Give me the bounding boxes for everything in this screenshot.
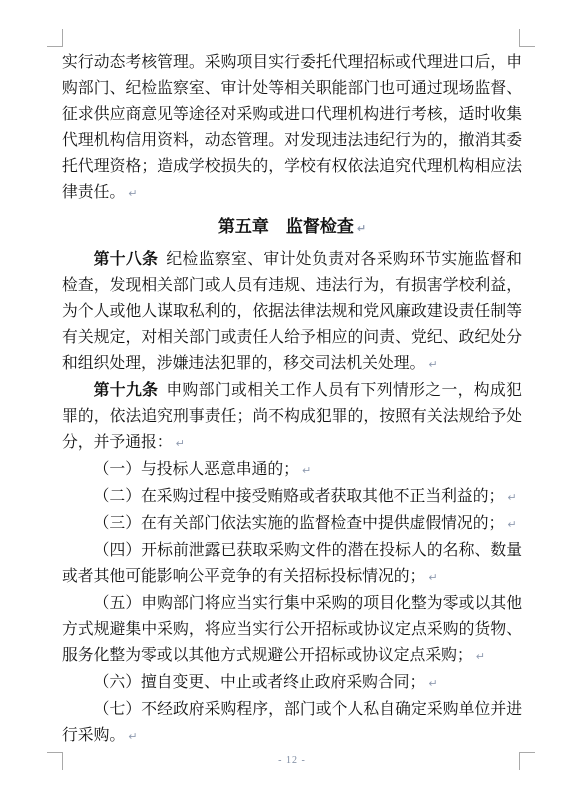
continued-paragraph: 实行动态考核管理。采购项目实行委托代理招标或代理进口后，申购部门、纪检监察室、审… [62, 50, 522, 207]
violation-item-5: （五）申购部门将应当实行集中采购的项目化整为零或以其他方式规避集中采购，将应当实… [62, 591, 522, 670]
paragraph-mark-icon: ↵ [428, 677, 437, 690]
paragraph-mark-icon: ↵ [128, 187, 137, 200]
violation-item-3: （三）在有关部门依法实施的监督检查中提供虚假情况的；↵ [62, 511, 522, 538]
paragraph-mark-icon: ↵ [507, 518, 516, 531]
page-number: - 12 - [278, 755, 306, 766]
chapter-heading-text: 第五章 监督检查 [218, 217, 354, 236]
article-18-paragraph: 第十八条纪检监察室、审计处负责对各采购环节实施监督和检查，发现相关部门或人员有违… [62, 247, 522, 378]
paragraph-mark-icon: ↵ [428, 571, 437, 584]
violation-item-4-text: （四）开标前泄露已获取采购文件的潜在投标人的名称、数量或者其他可能影响公平竞争的… [62, 542, 522, 585]
violation-item-5-text: （五）申购部门将应当实行集中采购的项目化整为零或以其他方式规避集中采购，将应当实… [62, 595, 522, 664]
violation-item-3-text: （三）在有关部门依法实施的监督检查中提供虚假情况的； [94, 515, 505, 532]
violation-item-7: （七）不经政府采购程序，部门或个人私自确定采购单位并进行采购。↵ [62, 697, 522, 750]
article-19-paragraph: 第十九条申购部门或相关工作人员有下列情形之一，构成犯罪的，依法追究刑事责任；尚不… [62, 378, 522, 457]
paragraph-mark-icon: ↵ [128, 730, 137, 743]
article-19-label: 第十九条 [94, 382, 159, 399]
paragraph-mark-icon: ↵ [428, 358, 437, 371]
paragraph-mark-icon: ↵ [176, 437, 185, 450]
violation-item-4: （四）开标前泄露已获取采购文件的潜在投标人的名称、数量或者其他可能影响公平竞争的… [62, 538, 522, 591]
article-18-text: 纪检监察室、审计处负责对各采购环节实施监督和检查，发现相关部门或人员有违规、违法… [62, 251, 522, 372]
page-footer: - 12 - [0, 750, 584, 768]
chapter-heading: 第五章 监督检查↵ [62, 207, 522, 247]
crop-mark-top-left-icon [47, 29, 63, 47]
paragraph-mark-icon: ↵ [302, 464, 311, 477]
paragraph-mark-icon: ↵ [507, 491, 516, 504]
crop-mark-top-right-icon [519, 29, 535, 47]
continued-paragraph-text: 实行动态考核管理。采购项目实行委托代理招标或代理进口后，申购部门、纪检监察室、审… [62, 54, 522, 201]
violation-item-1-text: （一）与投标人恶意串通的； [94, 461, 299, 478]
document-page: 实行动态考核管理。采购项目实行委托代理招标或代理进口后，申购部门、纪检监察室、审… [0, 0, 584, 788]
paragraph-mark-icon: ↵ [476, 650, 485, 663]
violation-item-2: （二）在采购过程中接受贿赂或者获取其他不正当利益的；↵ [62, 484, 522, 511]
violation-item-6-text: （六）擅自变更、中止或者终止政府采购合同； [94, 674, 426, 691]
violation-item-6: （六）擅自变更、中止或者终止政府采购合同；↵ [62, 670, 522, 697]
article-18-label: 第十八条 [94, 251, 159, 268]
violation-item-1: （一）与投标人恶意串通的；↵ [62, 457, 522, 484]
page-content: 实行动态考核管理。采购项目实行委托代理招标或代理进口后，申购部门、纪检监察室、审… [62, 50, 522, 750]
paragraph-mark-icon: ↵ [357, 222, 366, 235]
violation-item-2-text: （二）在采购过程中接受贿赂或者获取其他不正当利益的； [94, 488, 505, 505]
